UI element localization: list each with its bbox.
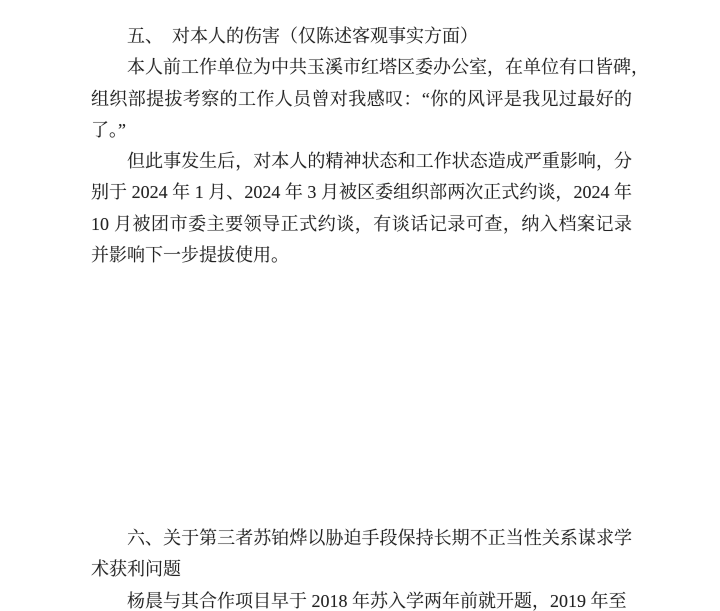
text-line: 10 月被团市委主要领导正式约谈，有谈话记录可查，纳入档案记录 (91, 209, 632, 240)
document-page: 五、 对本人的伤害（仅陈述客观事实方面） 本人前工作单位为中共玉溪市红塔区委办公… (0, 0, 720, 611)
text-line: 了。” (91, 115, 632, 146)
section-six: 六、关于第三者苏铂烨以胁迫手段保持长期不正当性关系谋求学 术获利问题 杨晨与其合… (91, 523, 632, 611)
text-line: 本人前工作单位为中共玉溪市红塔区委办公室，在单位有口皆碑， (91, 52, 632, 83)
text-line: 但此事发生后，对本人的精神状态和工作状态造成严重影响，分 (91, 146, 632, 177)
section-five-heading: 五、 对本人的伤害（仅陈述客观事实方面） (91, 21, 632, 52)
text-line: 并影响下一步提拔使用。 (91, 240, 632, 271)
text-line: 杨晨与其合作项目早于 2018 年苏入学两年前就开题，2019 年至 (91, 586, 632, 611)
section-six-heading: 六、关于第三者苏铂烨以胁迫手段保持长期不正当性关系谋求学 (91, 523, 632, 554)
text-line: 组织部提拔考察的工作人员曾对我感叹：“你的风评是我见过最好的 (91, 84, 632, 115)
section-six-heading-continued: 术获利问题 (91, 554, 632, 585)
section-five: 五、 对本人的伤害（仅陈述客观事实方面） 本人前工作单位为中共玉溪市红塔区委办公… (91, 21, 632, 271)
text-line: 别于 2024 年 1 月、2024 年 3 月被区委组织部两次正式约谈，202… (91, 177, 632, 208)
